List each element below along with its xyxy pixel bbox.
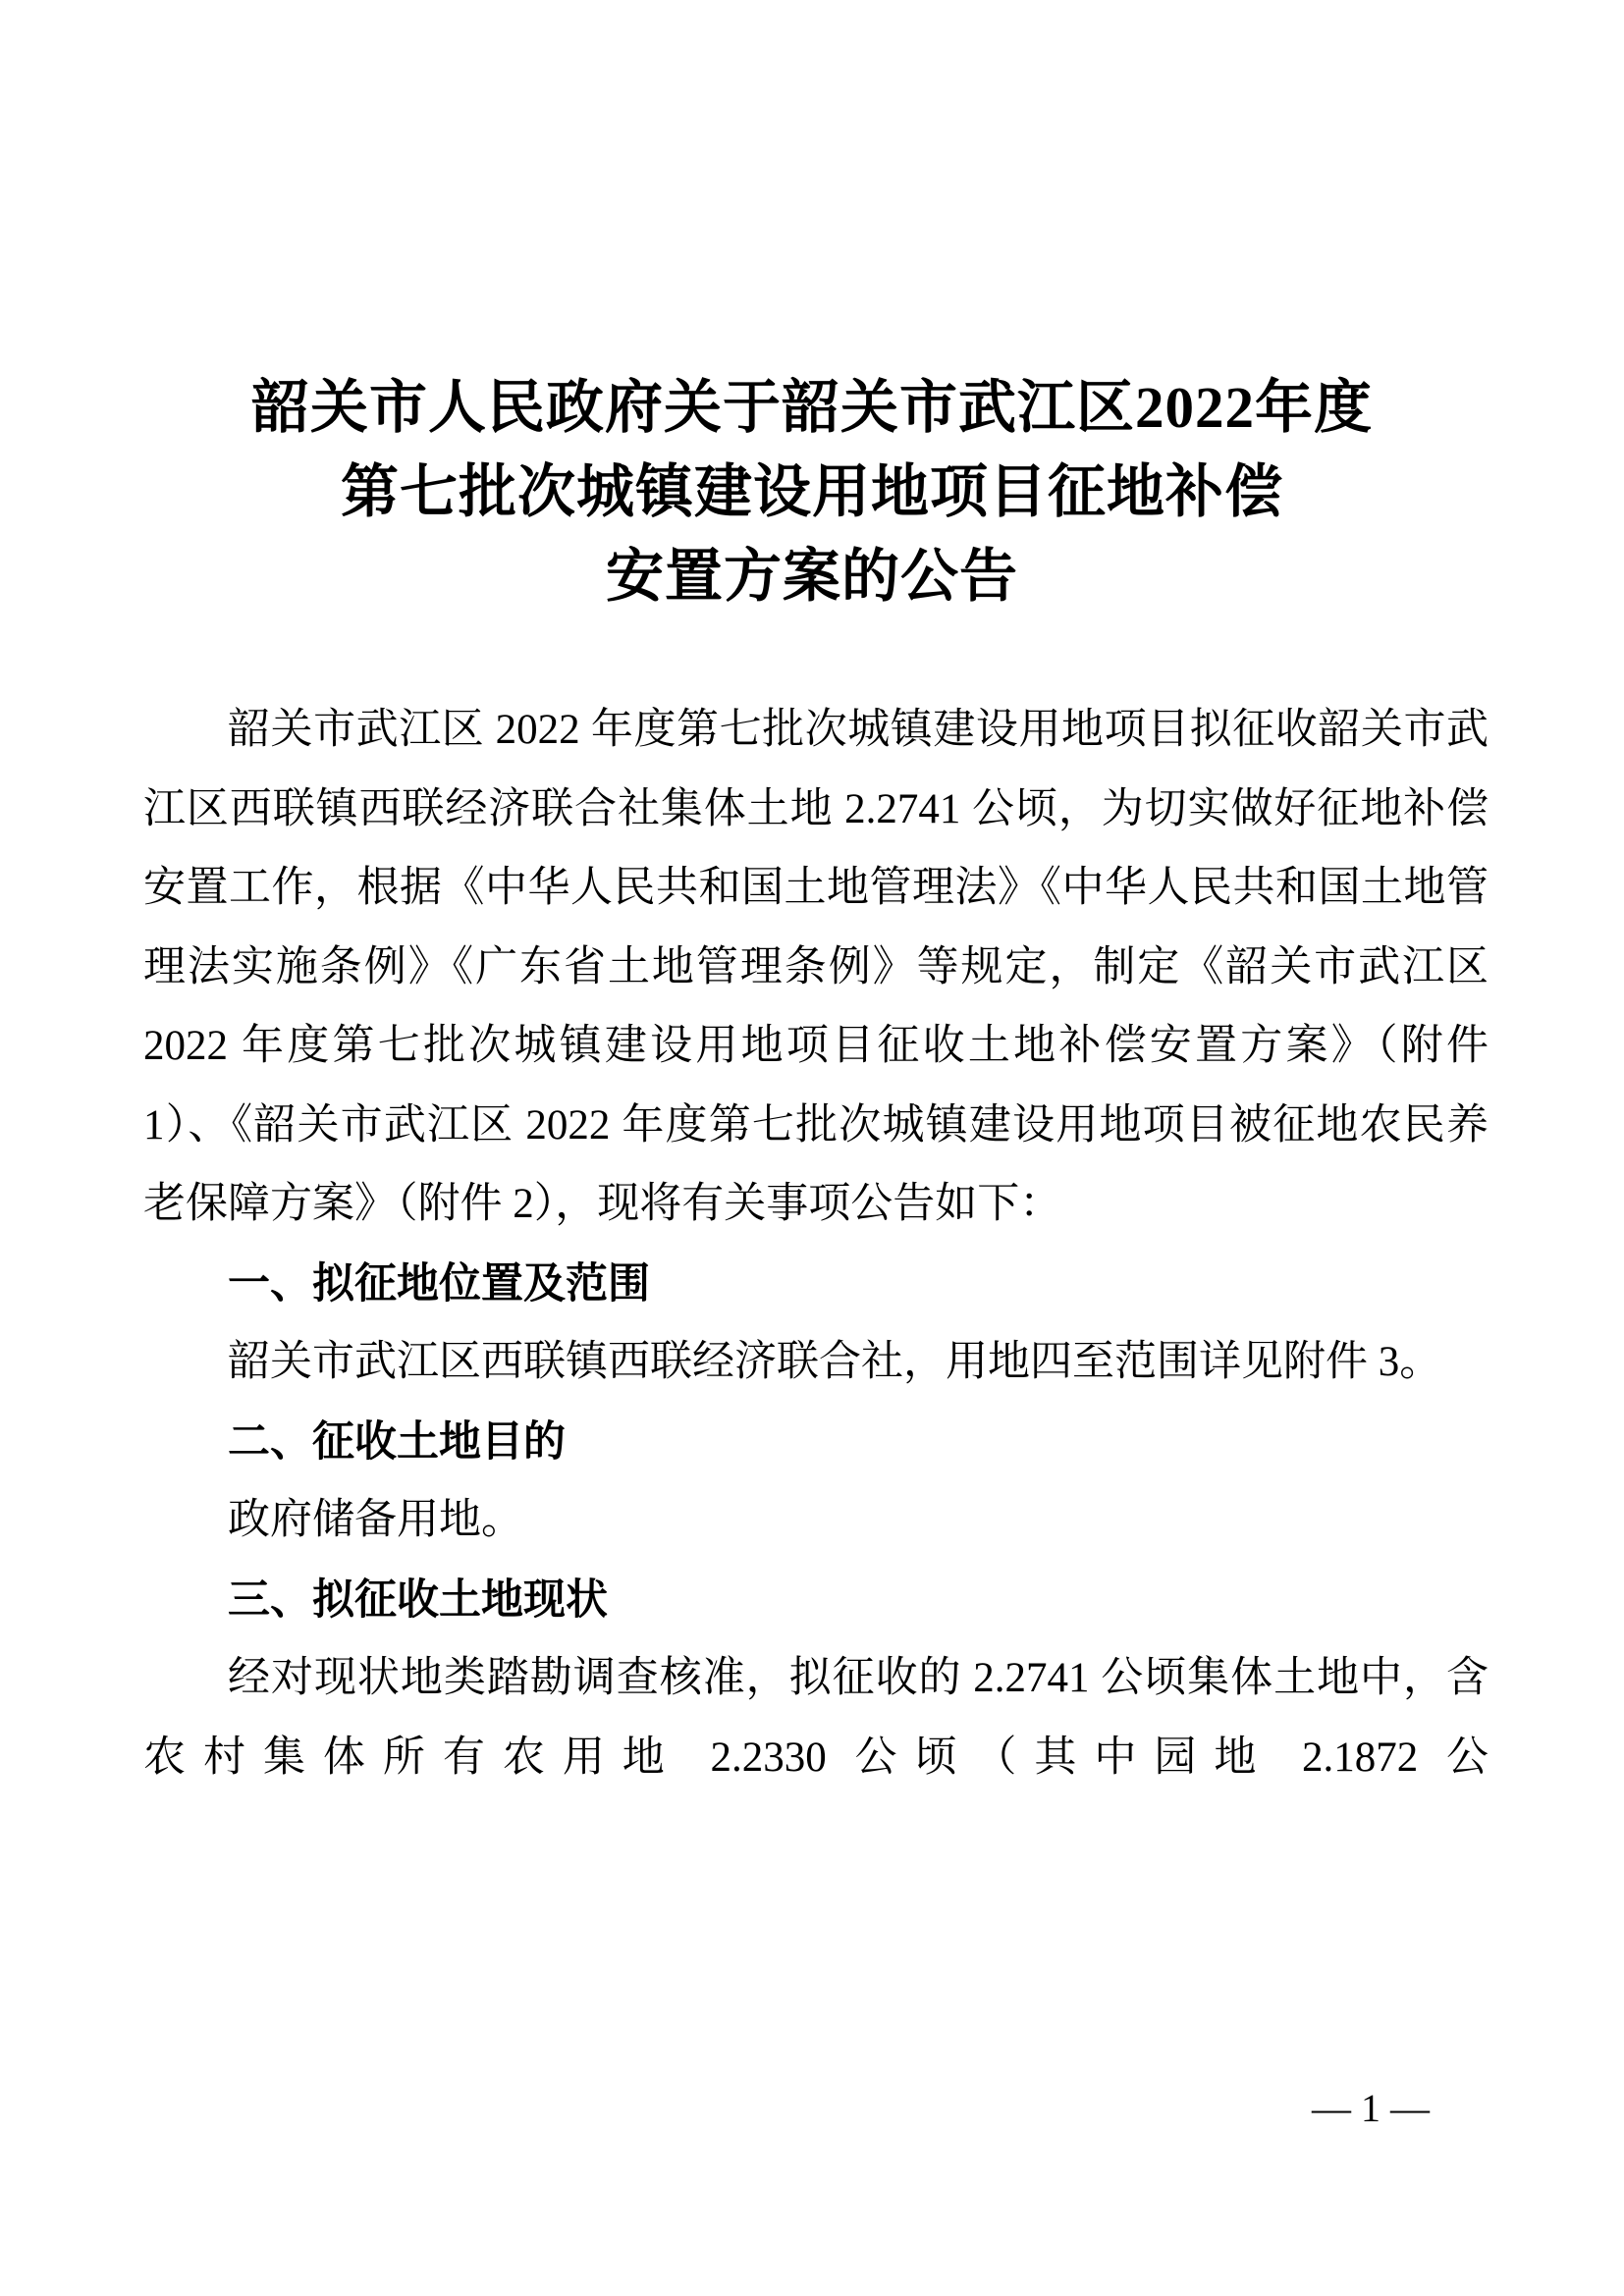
document-title-line-2: 第七批次城镇建设用地项目征地补偿 (88, 450, 1536, 534)
document-title: 韶关市人民政府关于韶关市武江区2022年度 第七批次城镇建设用地项目征地补偿 安… (88, 365, 1536, 618)
section-2-heading: 二、征收土地目的 (143, 1403, 1489, 1482)
section-1-paragraph: 韶关市武江区西联镇西联经济联合社，用地四至范围详见附件 3。 (143, 1323, 1489, 1403)
document-title-line-3: 安置方案的公告 (88, 534, 1536, 618)
document-title-line-1: 韶关市人民政府关于韶关市武江区2022年度 (88, 365, 1536, 450)
section-2-paragraph: 政府储备用地。 (143, 1481, 1489, 1561)
document-page: 韶关市人民政府关于韶关市武江区2022年度 第七批次城镇建设用地项目征地补偿 安… (0, 0, 1624, 2296)
page-number: — 1 — (1312, 2085, 1430, 2132)
section-3-heading: 三、拟征收土地现状 (143, 1561, 1489, 1640)
section-3-paragraph: 经对现状地类踏勘调查核准，拟征收的 2.2741 公顷集体土地中，含农村集体所有… (143, 1639, 1489, 1797)
section-1-heading: 一、拟征地位置及范围 (143, 1245, 1489, 1324)
intro-paragraph: 韶关市武江区 2022 年度第七批次城镇建设用地项目拟征收韶关市武江区西联镇西联… (143, 691, 1489, 1245)
document-body: 韶关市武江区 2022 年度第七批次城镇建设用地项目拟征收韶关市武江区西联镇西联… (143, 691, 1489, 1797)
